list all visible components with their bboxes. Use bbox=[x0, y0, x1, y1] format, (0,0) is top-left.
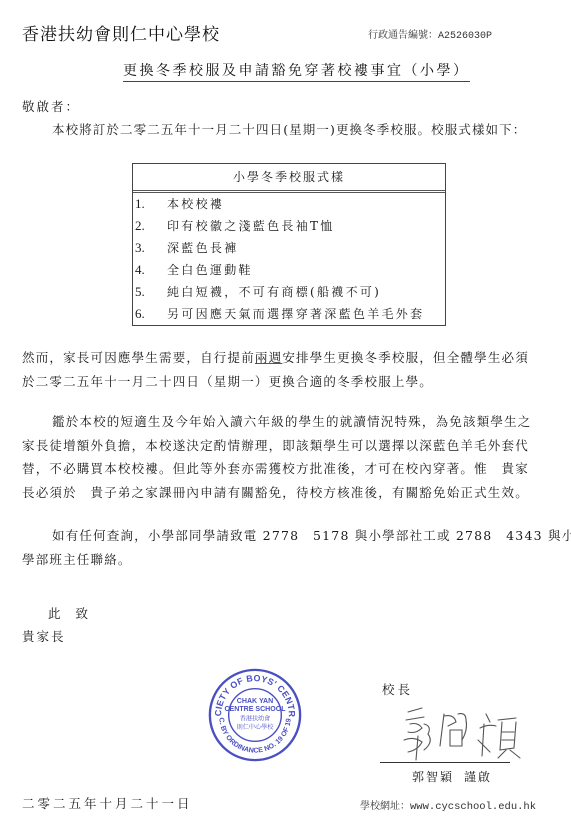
row-text: 全白色運動鞋 bbox=[167, 259, 253, 281]
notice-number-label: 行政通告編號： bbox=[368, 30, 438, 41]
svg-text:CENTRE SCHOOL: CENTRE SCHOOL bbox=[224, 706, 286, 713]
intro-paragraph: 本校將訂於二零二五年十一月二十四日(星期一)更換冬季校服。校服式樣如下： bbox=[52, 120, 526, 138]
sign-off: 謹啟 bbox=[464, 770, 492, 784]
principal-name-text: 郭智穎 bbox=[412, 770, 454, 784]
closing-word: 此 bbox=[48, 606, 62, 621]
row-index: 4. bbox=[135, 259, 167, 281]
text-segment: 然而，家長可因應學生需要，自行提前 bbox=[22, 350, 255, 365]
notice-number-value: A2526030P bbox=[438, 31, 492, 42]
row-text: 另可因應天氣而選擇穿著深藍色羊毛外套 bbox=[167, 303, 424, 325]
uniform-table: 小學冬季校服式樣 1. 本校校褸 2. 印有校徽之淺藍色長袖T恤 3. 深藍色長… bbox=[132, 163, 446, 326]
website-url[interactable]: www.cycschool.edu.hk bbox=[410, 801, 536, 813]
svg-text:CHAK YAN: CHAK YAN bbox=[237, 698, 273, 705]
svg-text:則仁中心學校: 則仁中心學校 bbox=[237, 723, 275, 731]
row-index: 3. bbox=[135, 237, 167, 259]
principal-title: 校長 bbox=[382, 680, 413, 698]
signature-line bbox=[380, 762, 510, 763]
table-row: 1. 本校校褸 bbox=[133, 193, 445, 215]
table-row: 2. 印有校徽之淺藍色長袖T恤 bbox=[133, 215, 445, 237]
closing-phrase: 此致 bbox=[48, 604, 89, 622]
row-index: 5. bbox=[135, 281, 167, 303]
paragraph-enquiry: 如有任何查詢，小學部同學請致電 2778 5178 與小學部社工或 2788 4… bbox=[22, 524, 552, 571]
table-row: 4. 全白色運動鞋 bbox=[133, 259, 445, 281]
emphasis-two-weeks: 兩週 bbox=[255, 350, 282, 365]
principal-signature-icon bbox=[378, 700, 548, 762]
row-index: 2. bbox=[135, 215, 167, 237]
uniform-table-header: 小學冬季校服式樣 bbox=[133, 164, 445, 193]
table-row: 6. 另可因應天氣而選擇穿著深藍色羊毛外套 bbox=[133, 303, 445, 325]
document-title: 更換冬季校服及申請豁免穿著校褸事宜（小學） bbox=[123, 60, 470, 82]
paragraph-line: 替，不必購買本校校褸。但此等外套亦需獲校方批准後，才可在校內穿著。惟 貴家 bbox=[22, 457, 552, 481]
row-index: 1. bbox=[135, 193, 167, 215]
row-text: 印有校徽之淺藍色長袖T恤 bbox=[167, 215, 335, 237]
principal-name: 郭智穎謹啟 bbox=[412, 768, 492, 785]
recipient: 貴家長 bbox=[22, 627, 66, 645]
svg-text:香港扶幼會: 香港扶幼會 bbox=[240, 715, 271, 723]
row-text: 純白短襪，不可有商標(船襪不可) bbox=[167, 281, 381, 303]
paragraph-exemption: 鑑於本校的短適生及今年始入讀六年級的學生的就讀情況特殊，為免該類學生之 家長徒增… bbox=[22, 410, 552, 504]
table-row: 5. 純白短襪，不可有商標(船襪不可) bbox=[133, 281, 445, 303]
paragraph-line: 長必須於 貴子弟之家課冊內申請有關豁免，待校方核准後，有關豁免始正式生效。 bbox=[22, 481, 552, 505]
school-seal-icon: SOCIETY OF BOYS' CENTRES INC. BY ORDINAN… bbox=[208, 668, 302, 762]
paragraph-line: 於二零二五年十一月二十四日（星期一）更換合適的冬季校服上學。 bbox=[22, 370, 552, 394]
paragraph-line: 如有任何查詢，小學部同學請致電 2778 5178 與小學部社工或 2788 4… bbox=[22, 524, 552, 548]
paragraph-line: 然而，家長可因應學生需要，自行提前兩週安排學生更換冬季校服，但全體學生必須 bbox=[22, 346, 552, 370]
website-label: 學校網址： bbox=[360, 801, 410, 812]
row-text: 深藍色長褲 bbox=[167, 237, 239, 259]
paragraph-line: 學部班主任聯絡。 bbox=[22, 548, 552, 572]
salutation: 敬啟者： bbox=[22, 97, 80, 115]
text-segment: 安排學生更換冬季校服，但全體學生必須 bbox=[282, 350, 529, 365]
paragraph-line: 家長徒增額外負擔，本校遂決定酌情辦理，即該類學生可以選擇以深藍色羊毛外套代 bbox=[22, 434, 552, 458]
paragraph-early-change: 然而，家長可因應學生需要，自行提前兩週安排學生更換冬季校服，但全體學生必須 於二… bbox=[22, 346, 552, 393]
paragraph-line: 鑑於本校的短適生及今年始入讀六年級的學生的就讀情況特殊，為免該類學生之 bbox=[22, 410, 552, 434]
issue-date: 二零二五年十月二十一日 bbox=[22, 794, 193, 812]
school-name: 香港扶幼會則仁中心學校 bbox=[22, 20, 220, 45]
row-text: 本校校褸 bbox=[167, 193, 224, 215]
school-website: 學校網址：www.cycschool.edu.hk bbox=[360, 797, 536, 813]
table-row: 3. 深藍色長褲 bbox=[133, 237, 445, 259]
notice-number: 行政通告編號：A2526030P bbox=[368, 26, 492, 42]
closing-word: 致 bbox=[76, 606, 90, 621]
row-index: 6. bbox=[135, 303, 167, 325]
